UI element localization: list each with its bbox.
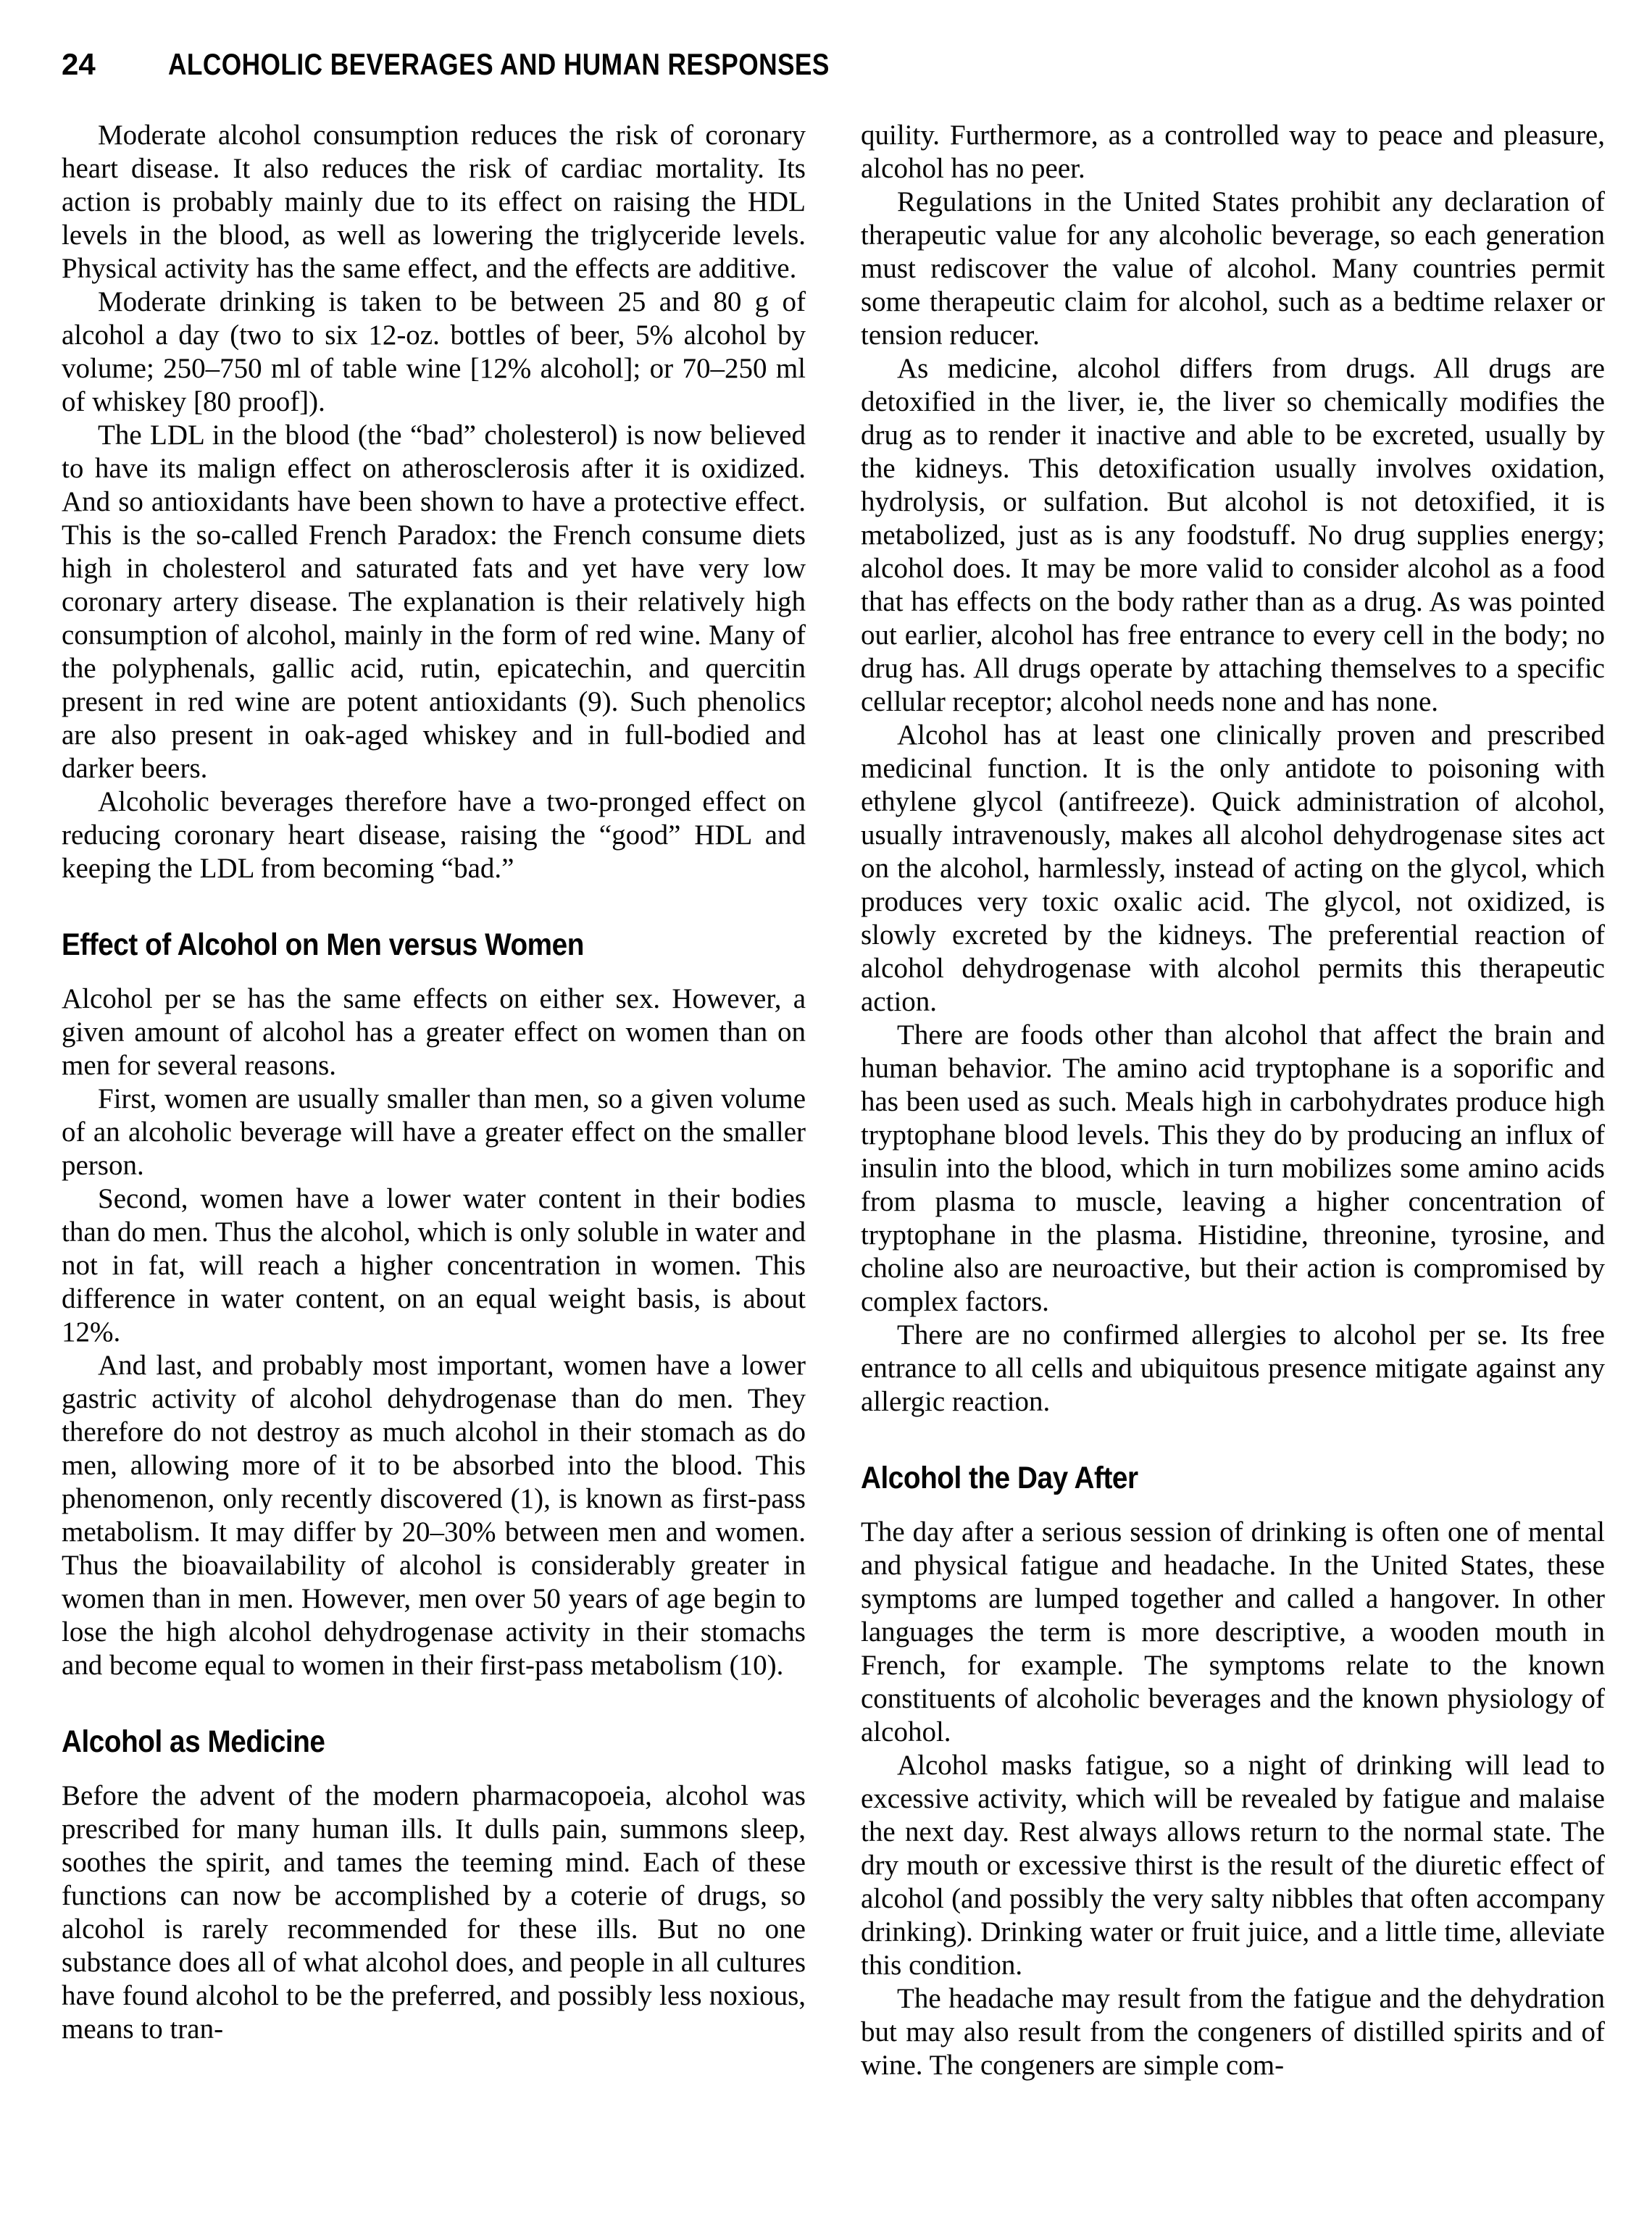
paragraph: Alcoholic beverages therefore have a two… <box>62 785 806 885</box>
paragraph: Alcohol per se has the same effects on e… <box>62 982 806 1082</box>
paragraph: There are no confirmed allergies to alco… <box>861 1319 1605 1419</box>
two-column-layout: Moderate alcohol consumption reduces the… <box>62 119 1609 2082</box>
book-page: 24 ALCOHOLIC BEVERAGES AND HUMAN RESPONS… <box>0 0 1652 2217</box>
paragraph: As medicine, alcohol differs from drugs.… <box>861 352 1605 719</box>
paragraph: Regulations in the United States prohibi… <box>861 185 1605 352</box>
paragraph: Alcohol masks fatigue, so a night of dri… <box>861 1749 1605 1982</box>
paragraph: Before the advent of the modern pharmaco… <box>62 1779 806 2046</box>
paragraph: The day after a serious session of drink… <box>861 1516 1605 1749</box>
column-left: Moderate alcohol consumption reduces the… <box>62 119 806 2082</box>
paragraph: And last, and probably most important, w… <box>62 1349 806 1682</box>
paragraph: The headache may result from the fatigue… <box>861 1982 1605 2082</box>
running-header: 24 ALCOHOLIC BEVERAGES AND HUMAN RESPONS… <box>62 48 1609 81</box>
paragraph: There are foods other than alcohol that … <box>861 1019 1605 1319</box>
section-heading: Effect of Alcohol on Men versus Women <box>62 927 731 962</box>
paragraph: First, women are usually smaller than me… <box>62 1082 806 1182</box>
paragraph: Moderate alcohol consumption reduces the… <box>62 119 806 285</box>
paragraph: Alcohol has at least one clinically prov… <box>861 719 1605 1019</box>
section-heading: Alcohol the Day After <box>861 1461 1530 1495</box>
paragraph: Moderate drinking is taken to be between… <box>62 285 806 419</box>
page-number: 24 <box>62 48 96 81</box>
paragraph: The LDL in the blood (the “bad” choleste… <box>62 419 806 785</box>
running-title: ALCOHOLIC BEVERAGES AND HUMAN RESPONSES <box>168 48 830 81</box>
paragraph: Second, women have a lower water content… <box>62 1182 806 1349</box>
paragraph: quility. Furthermore, as a controlled wa… <box>861 119 1605 185</box>
column-right: quility. Furthermore, as a controlled wa… <box>861 119 1605 2082</box>
section-heading: Alcohol as Medicine <box>62 1724 731 1759</box>
